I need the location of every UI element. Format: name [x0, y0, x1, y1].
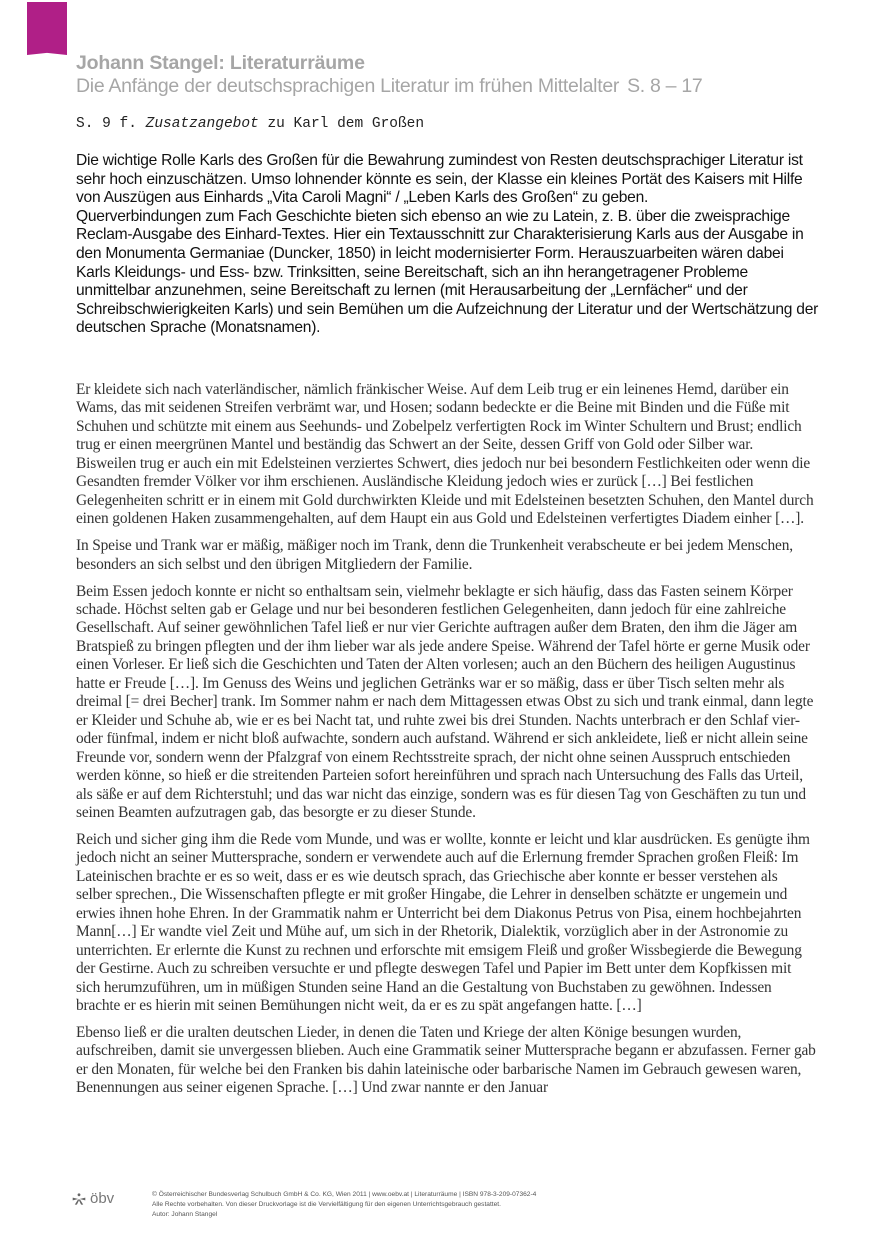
rights-line: Alle Rechte vorbehalten. Von dieser Druc…: [152, 1200, 536, 1210]
bookmark-accent: [27, 2, 67, 55]
source-paragraph: In Speise und Trank war er mäßig, mäßige…: [76, 537, 816, 574]
subtitle-text: Die Anfänge der deutschsprachigen Litera…: [76, 75, 619, 97]
document-header: Johann Stangel: Literaturräume Die Anfän…: [76, 52, 876, 98]
section-emphasis: Zusatzangebot: [146, 116, 259, 132]
logo-text: öbv: [90, 1190, 114, 1207]
source-excerpt: Er kleidete sich nach vaterländischer, n…: [76, 381, 816, 1106]
source-paragraph: Er kleidete sich nach vaterländischer, n…: [76, 381, 816, 529]
copyright-line: © Österreichischer Bundesverlag Schulbuc…: [152, 1190, 536, 1200]
author-line: Autor: Johann Stangel: [152, 1210, 536, 1220]
source-paragraph: Reich und sicher ging ihm die Rede vom M…: [76, 831, 816, 1016]
page-range: S. 8 – 17: [627, 75, 702, 97]
oebv-star-icon: [72, 1192, 86, 1206]
copyright-notice: © Österreichischer Bundesverlag Schulbuc…: [152, 1190, 536, 1220]
section-heading: S. 9 f. Zusatzangebot zu Karl dem Großen: [76, 116, 424, 132]
source-paragraph: Beim Essen jedoch konnte er nicht so ent…: [76, 583, 816, 823]
intro-text: Die wichtige Rolle Karls des Großen für …: [76, 152, 821, 338]
publisher-logo: öbv: [72, 1190, 114, 1207]
section-suffix: zu Karl dem Großen: [267, 116, 424, 132]
section-prefix: S. 9 f.: [76, 116, 137, 132]
source-paragraph: Ebenso ließ er die uralten deutschen Lie…: [76, 1024, 816, 1098]
document-title: Johann Stangel: Literaturräume: [76, 52, 876, 75]
intro-paragraph: Querverbindungen zum Fach Geschichte bie…: [76, 208, 821, 338]
document-subtitle: Die Anfänge der deutschsprachigen Litera…: [76, 75, 876, 98]
intro-paragraph: Die wichtige Rolle Karls des Großen für …: [76, 152, 821, 208]
